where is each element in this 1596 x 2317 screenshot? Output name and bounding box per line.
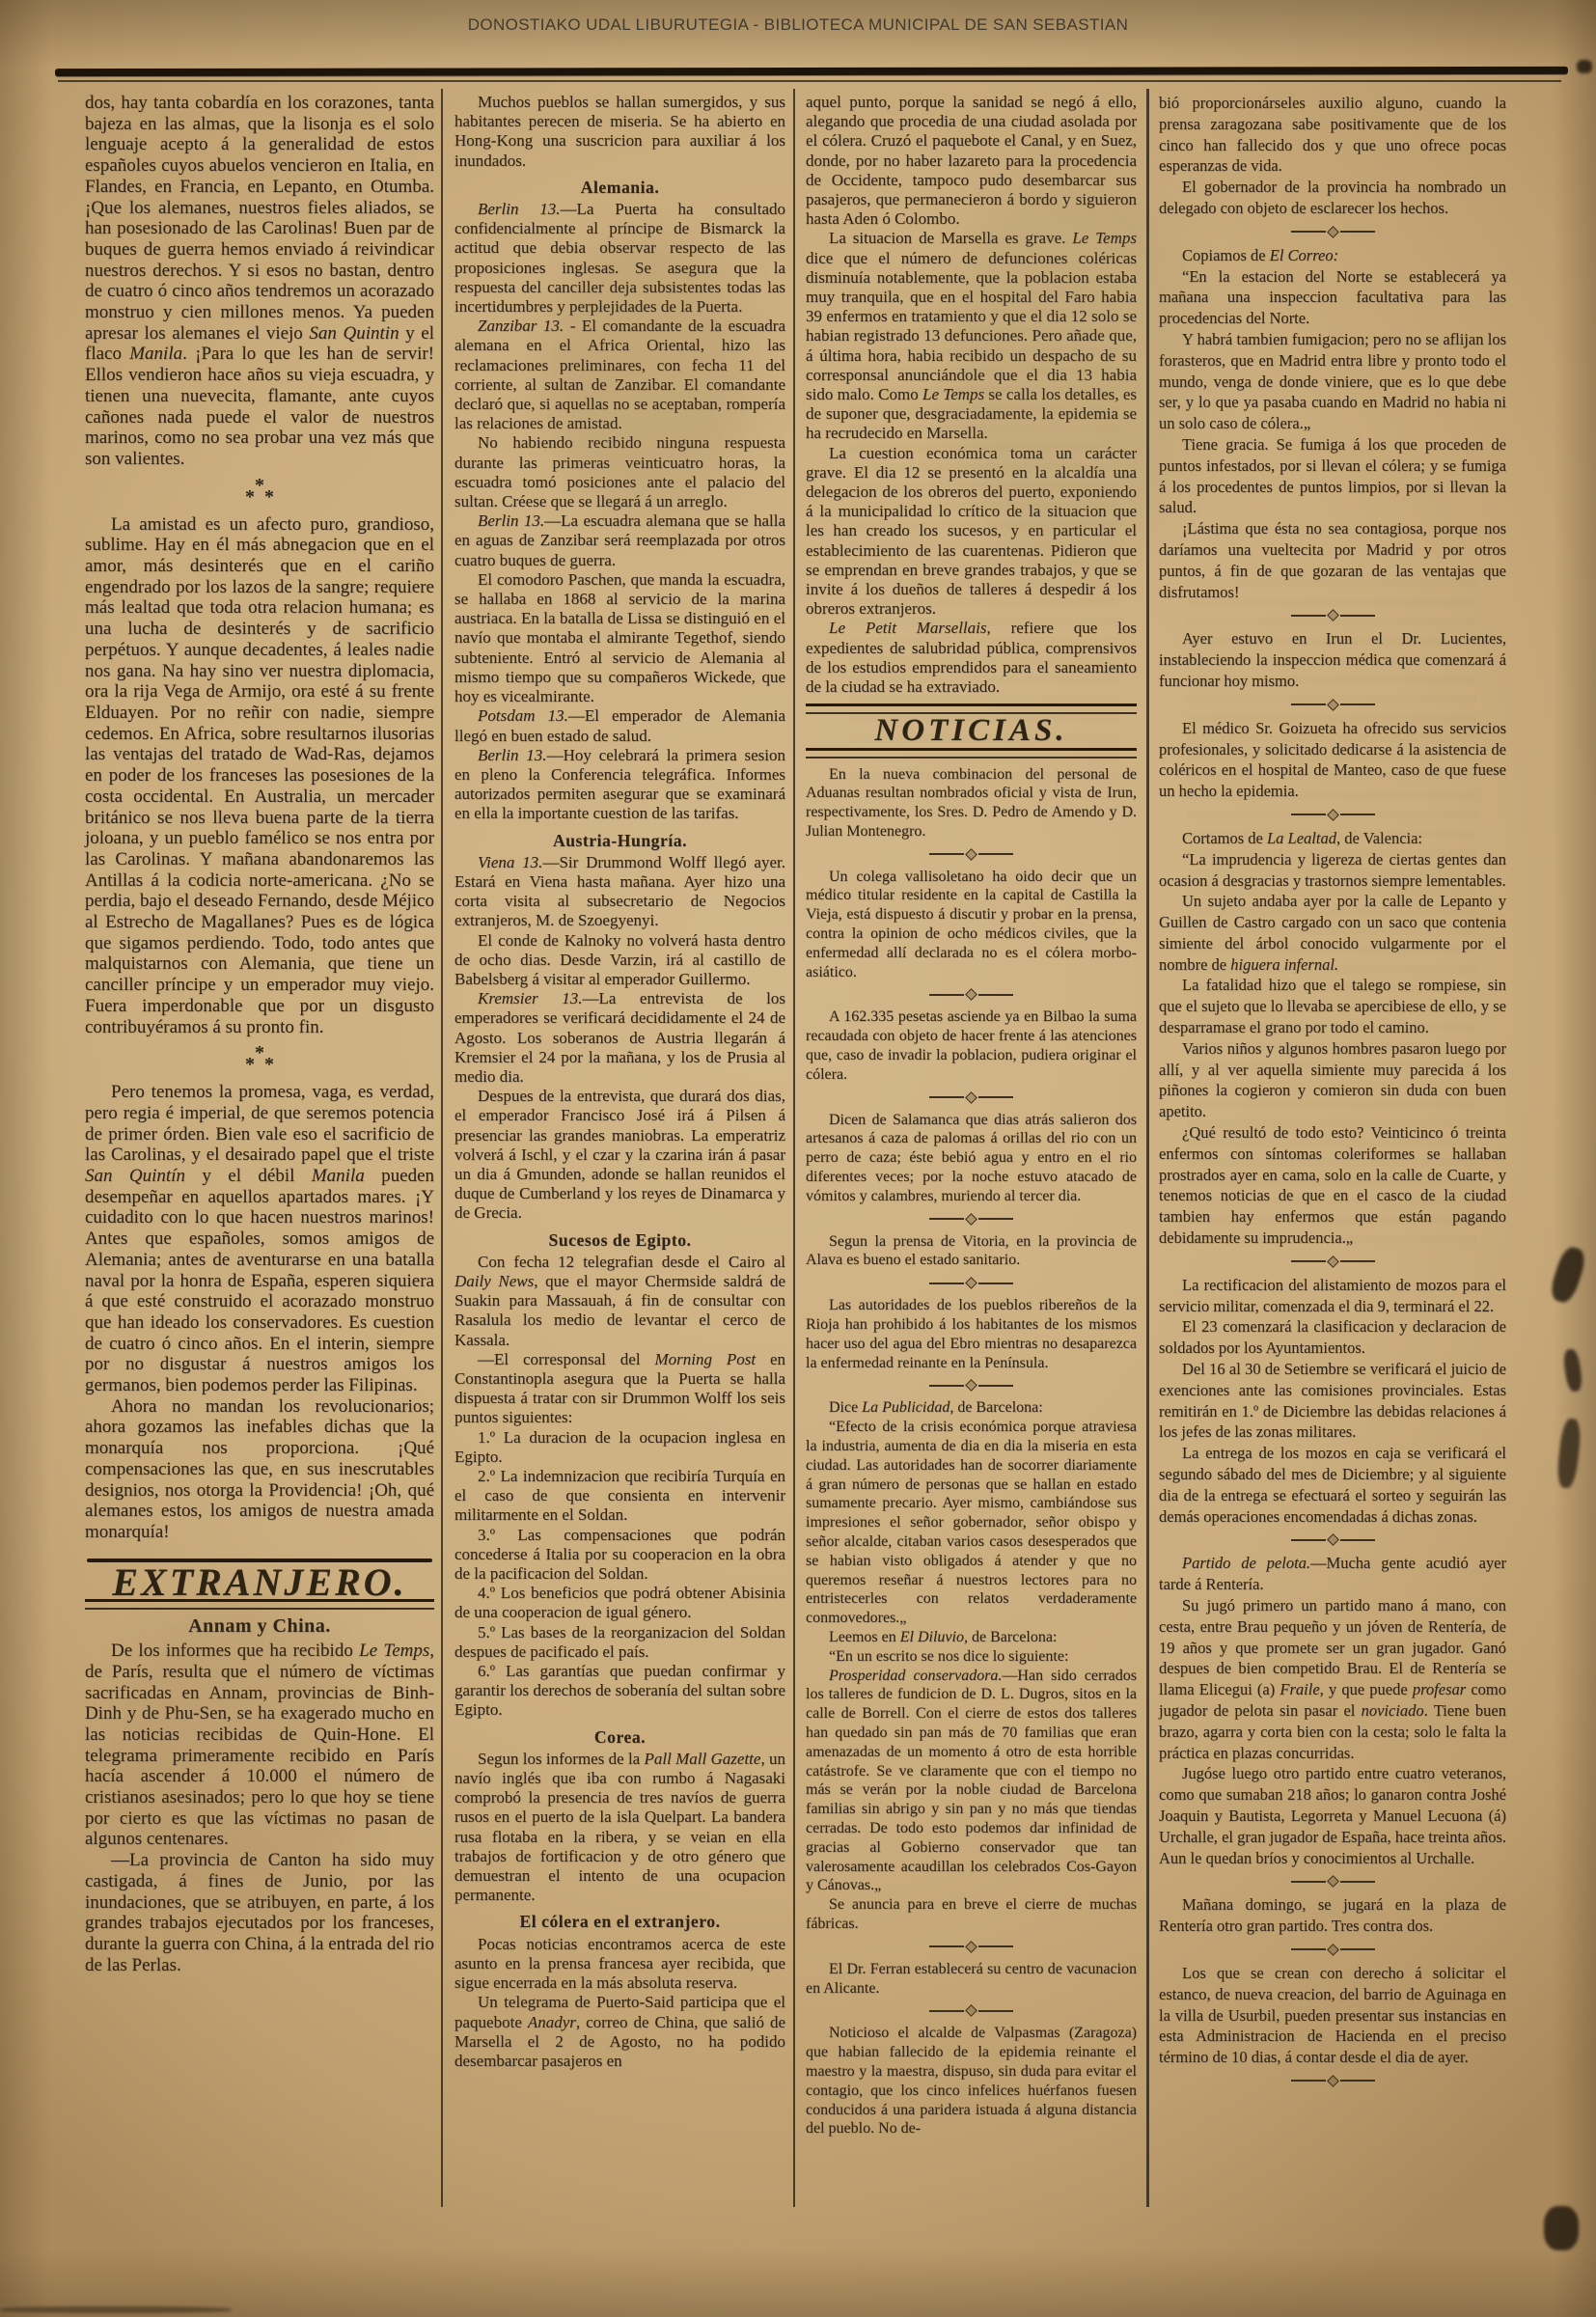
body-text: De los informes que ha recibido	[111, 1641, 359, 1661]
body-text: ¡Lástima que ésta no sea contagiosa, por…	[1159, 519, 1506, 600]
ornament-line	[1291, 703, 1326, 705]
paragraph: Cortamos de La Lealtad, de Valencia:	[1159, 828, 1506, 849]
ornament-diamond	[965, 1941, 977, 1953]
ornament-diamond	[1327, 609, 1339, 621]
ornament-divider-icon	[806, 850, 1137, 859]
ornament-line	[1291, 1539, 1326, 1541]
body-text: bió proporcionárseles auxilio alguno, cu…	[1159, 94, 1506, 175]
body-text: Dice	[829, 1399, 862, 1416]
italic-text: Viena 13.	[478, 853, 542, 871]
ornament-divider-icon	[1159, 701, 1506, 709]
paragraph: Del 16 al 30 de Setiembre se verificará …	[1159, 1359, 1506, 1443]
ornament-diamond	[965, 1091, 977, 1104]
italic-text: San Quintin	[309, 323, 399, 344]
paragraph: Berlin 13.—La Puerta ha consultado confi…	[454, 200, 785, 317]
body-text: Las autoridades de los pueblos ribereños…	[806, 1297, 1137, 1370]
paragraph: Segun la prensa de Vitoria, en la provin…	[806, 1232, 1137, 1271]
newspaper-page: DONOSTIAKO UDAL LIBURUTEGIA - BIBLIOTECA…	[0, 0, 1596, 2317]
ornament-line	[929, 1283, 964, 1284]
paragraph: El conde de Kalnoky no volverá hasta den…	[454, 931, 785, 990]
paragraph: aquel punto, porque la sanidad se negó á…	[806, 93, 1137, 229]
paragraph: Berlin 13.—La escuadra alemana que se ha…	[454, 511, 785, 570]
ornament-line	[1340, 1948, 1375, 1950]
body-text: Con fecha 12 telegrafian desde el Cairo …	[478, 1253, 785, 1271]
paragraph: Zanzibar 13. - El comandante de la escua…	[454, 317, 785, 433]
ornament-line	[978, 1945, 1013, 1947]
paragraph: No habiendo recibido ninguna respuesta d…	[454, 433, 785, 511]
ornament-line	[929, 994, 964, 996]
asterism-icon: ** *	[85, 480, 434, 503]
italic-text: Le Temps	[1072, 229, 1137, 247]
body-text: Y habrá tambien fumigacion; pero no se a…	[1159, 330, 1506, 432]
ornament-line	[978, 994, 1013, 996]
italic-text: Kremsier 13.	[478, 989, 582, 1007]
ornament-line	[929, 853, 964, 855]
ornament-line	[978, 1096, 1013, 1098]
paragraph: Tiene gracia. Se fumiga á los que proced…	[1159, 434, 1506, 518]
ornament-line	[978, 1218, 1013, 1220]
body-text: “La imprudencia y ligereza de ciertas ge…	[1159, 850, 1506, 890]
paragraph: Copiamos de El Correo:	[1159, 245, 1506, 266]
ornament-line	[1291, 814, 1326, 815]
italic-text: Le Petit Marsellais	[829, 619, 987, 637]
ornament-diamond	[1327, 226, 1339, 238]
body-text: Jugóse luego otro partido entre cuatro v…	[1159, 1764, 1506, 1866]
paragraph: La entrega de los mozos en caja se verif…	[1159, 1443, 1506, 1527]
ornament-divider-icon	[1159, 2077, 1506, 2085]
ornament-divider-icon	[1159, 1945, 1506, 1954]
italic-text: higuera infernal.	[1230, 955, 1338, 974]
paragraph: Noticioso el alcalde de Valpasmas (Zarag…	[806, 2024, 1137, 2138]
paragraph: —El corresponsal del Morning Post en Con…	[454, 1350, 785, 1428]
paragraph: Los que se crean con derecho á solicitar…	[1159, 1963, 1506, 2068]
italic-text: San Quintín	[85, 1166, 185, 1186]
body-text: —El corresponsal del	[478, 1350, 654, 1368]
paragraph: Varios niños y algunos hombres pasaron l…	[1159, 1038, 1506, 1122]
ornament-line	[1340, 703, 1375, 705]
paragraph: En la nueva combinacion del personal de …	[806, 765, 1137, 841]
body-text: La rectificacion del alistamiento de moz…	[1159, 1276, 1506, 1315]
body-text: Noticioso el alcalde de Valpasmas (Zarag…	[806, 2025, 1137, 2137]
ornament-line	[978, 1385, 1013, 1387]
body-text: Ayer estuvo en Irun el Dr. Lucientes, in…	[1159, 629, 1506, 690]
body-text: Muchos pueblos se hallan sumergidos, y s…	[454, 93, 785, 170]
ornament-line	[929, 1945, 964, 1947]
paragraph: Berlin 13.—Hoy celebrará la primera sesi…	[454, 746, 785, 824]
paragraph: bió proporcionárseles auxilio alguno, cu…	[1159, 93, 1506, 177]
ornament-diamond	[965, 2004, 977, 2017]
paragraph: ¡Lástima que ésta no sea contagiosa, por…	[1159, 518, 1506, 602]
paragraph: Y habrá tambien fumigacion; pero no se a…	[1159, 329, 1506, 434]
ornament-line	[1340, 1539, 1375, 1541]
ornament-line	[1340, 1881, 1375, 1883]
paragraph: Su jugó primero un partido mano á mano, …	[1159, 1595, 1506, 1763]
italic-text: Le Temps	[922, 385, 984, 403]
ornament-line	[1291, 1260, 1326, 1262]
ornament-line	[1340, 1260, 1375, 1262]
paragraph: Un colega vallisoletano ha oido decir qu…	[806, 868, 1137, 982]
body-text: Segun los informes de la	[478, 1750, 645, 1768]
paragraph: 1.º La duracion de la ocupacion inglesa …	[454, 1428, 785, 1467]
asterism-row: * *	[85, 491, 434, 503]
italic-text: La Lealtad	[1267, 829, 1336, 847]
ornament-diamond	[965, 989, 977, 1002]
scan-artifact	[0, 2306, 232, 2313]
paragraph: Leemos en El Diluvio, de Barcelona:	[806, 1628, 1137, 1647]
italic-text: Berlin 13.	[478, 746, 547, 764]
paragraph: Dice La Publicidad, de Barcelona:	[806, 1398, 1137, 1418]
italic-text: Zanzibar 13.	[478, 317, 564, 335]
ornament-line	[978, 1283, 1013, 1284]
ornament-line	[978, 853, 1013, 855]
paragraph: Dicen de Salamanca que dias atrás salier…	[806, 1111, 1137, 1206]
paragraph: Pero tenemos la promesa, vaga, es verdad…	[85, 1082, 434, 1396]
ornament-diamond	[1327, 1255, 1339, 1268]
ornament-divider-icon	[1159, 1535, 1506, 1544]
ornament-diamond	[1327, 809, 1339, 821]
paragraph: —La provincia de Canton ha sido muy cast…	[85, 1850, 434, 1975]
column-3: aquel punto, porque la sanidad se negó á…	[806, 93, 1137, 2138]
italic-text: Potsdam 13.	[478, 706, 568, 725]
ornament-line	[929, 2010, 964, 2012]
body-text: “En la estacion del Norte se establecerá…	[1159, 267, 1506, 328]
paragraph: El comodoro Paschen, que manda la escuad…	[454, 570, 785, 706]
ornament-diamond	[1327, 699, 1339, 711]
italic-text: Le Temps	[359, 1641, 429, 1661]
paragraph: Un telegrama de Puerto-Said participa qu…	[454, 1993, 785, 2071]
ornament-divider-icon	[806, 1279, 1137, 1287]
body-text: El conde de Kalnoky no volverá hasta den…	[454, 931, 785, 988]
body-text: 2.º La indemnizacion que recibiría Turqu…	[454, 1467, 785, 1524]
body-text: dice que el número de defunciones coléri…	[806, 249, 1137, 403]
body-text: Del 16 al 30 de Setiembre se verificará …	[1159, 1360, 1506, 1441]
body-text: Ahora no mandan los revolucionarios; aho…	[85, 1396, 434, 1542]
body-text: Los que se crean con derecho á solicitar…	[1159, 1964, 1506, 2066]
italic-text: Prosperidad conservadora.	[829, 1668, 1002, 1684]
paragraph: Jugóse luego otro partido entre cuatro v…	[1159, 1763, 1506, 1868]
subsection-heading: Corea.	[454, 1727, 785, 1747]
paragraph: 4.º Los beneficios que podrá obtener Abi…	[454, 1584, 785, 1622]
paragraph: 5.º Las bases de la reorganizacion del S…	[454, 1623, 785, 1662]
ornament-line	[929, 1385, 964, 1387]
ornament-line	[1291, 231, 1326, 233]
paragraph: Pocas noticias encontramos acerca de est…	[454, 1935, 785, 1994]
body-text: El médico Sr. Goizueta ha ofrecido sus s…	[1159, 719, 1506, 800]
body-text: El comodoro Paschen, que manda la escuad…	[454, 570, 785, 705]
paragraph: A 162.335 pesetas asciende ya en Bilbao …	[806, 1007, 1137, 1084]
italic-text: Pall Mall Gazette	[645, 1750, 761, 1768]
library-stamp: DONOSTIAKO UDAL LIBURUTEGIA - BIBLIOTECA…	[0, 15, 1596, 35]
paragraph: Le Petit Marsellais, refiere que los exp…	[806, 619, 1137, 697]
paragraph: La rectificacion del alistamiento de moz…	[1159, 1275, 1506, 1317]
scan-artifact	[1555, 1418, 1582, 1489]
italic-text: Partido de pelota.	[1182, 1554, 1310, 1572]
paragraph: De los informes que ha recibido Le Temps…	[85, 1641, 434, 1850]
body-text: , y que puede	[1320, 1680, 1413, 1698]
body-text: 4.º Los beneficios que podrá obtener Abi…	[454, 1584, 785, 1621]
body-text: 5.º Las bases de la reorganizacion del S…	[454, 1623, 785, 1661]
asterism-row: * *	[85, 1059, 434, 1070]
italic-text: Berlin 13.	[478, 511, 544, 530]
ornament-line	[1340, 2080, 1375, 2082]
body-text: , de Barcelona:	[949, 1399, 1042, 1416]
scan-artifact	[1577, 60, 1592, 73]
ornament-divider-icon	[1159, 811, 1506, 819]
body-text: Pocas noticias encontramos acerca de est…	[454, 1935, 785, 1992]
column-4: bió proporcionárseles auxilio alguno, cu…	[1159, 93, 1506, 2094]
body-text: En la nueva combinacion del personal de …	[806, 766, 1137, 840]
body-text: y el débil	[185, 1166, 312, 1186]
ornament-divider-icon	[1159, 1877, 1506, 1886]
body-text: La cuestion económica toma un carácter g…	[806, 444, 1137, 619]
ornament-divider-icon	[806, 1943, 1137, 1951]
body-text: La situacion de Marsella es grave.	[829, 229, 1072, 247]
body-text: La entrega de los mozos en caja se verif…	[1159, 1444, 1506, 1525]
body-text: Varios niños y algunos hombres pasaron l…	[1159, 1039, 1506, 1120]
column-2: Muchos pueblos se hallan sumergidos, y s…	[454, 93, 785, 2071]
body-text: , de París, resulta que el número de víc…	[85, 1641, 434, 1849]
subsection-heading: Alemania.	[454, 178, 785, 197]
column-divider	[793, 89, 795, 2207]
paragraph: El gobernador de la provincia ha nombrad…	[1159, 177, 1506, 219]
column-1: dos, hay tanta cobardía en los corazones…	[85, 93, 434, 1975]
paragraph: Un sujeto andaba ayer por la calle de Le…	[1159, 891, 1506, 975]
paragraph: Kremsier 13.—La entrevista de los empera…	[454, 989, 785, 1087]
ornament-line	[1291, 1948, 1326, 1950]
ornament-line	[1291, 1881, 1326, 1883]
double-rule-divider	[806, 748, 1137, 759]
body-text: A 162.335 pesetas asciende ya en Bilbao …	[806, 1008, 1137, 1082]
body-text: , un navío inglés que iba con rumbo á Na…	[454, 1750, 785, 1904]
body-text: Leemos en	[829, 1629, 900, 1645]
ornament-divider-icon	[1159, 228, 1506, 236]
top-rule-thin	[58, 80, 1561, 82]
subsection-heading: Sucesos de Egipto.	[454, 1230, 785, 1250]
ornament-diamond	[1327, 1944, 1339, 1956]
paragraph: 3.º Las compensaciones que podrán conced…	[454, 1526, 785, 1585]
paragraph: Viena 13.—Sir Drummond Wolff llegó ayer.…	[454, 853, 785, 931]
scan-artifact	[1544, 2206, 1579, 2250]
body-text: 3.º Las compensaciones que podrán conced…	[454, 1526, 785, 1583]
body-text: Copiamos de	[1182, 246, 1270, 264]
ornament-divider-icon	[806, 990, 1137, 999]
paragraph: “Efecto de la crisis económica porque at…	[806, 1418, 1137, 1628]
italic-text: Anadyr	[528, 2013, 576, 2031]
ornament-diamond	[1327, 1875, 1339, 1888]
body-text: La amistad es un afecto puro, grandioso,…	[85, 514, 434, 1037]
ornament-divider-icon	[1159, 611, 1506, 620]
section-heading: EXTRANJERO.	[85, 1572, 434, 1593]
paragraph: Despues de la entrevista, que durará dos…	[454, 1087, 785, 1223]
ornament-line	[978, 2010, 1013, 2012]
body-text: —Han sido cerrados los talleres de fundi…	[806, 1668, 1137, 1894]
body-text: El 23 comenzará la clasificacion y decla…	[1159, 1317, 1506, 1357]
body-text: 1.º La duracion de la ocupacion inglesa …	[454, 1428, 785, 1466]
body-text: Mañana domingo, se jugará en la plaza de…	[1159, 1895, 1506, 1935]
subsection-heading: Austria-Hungría.	[454, 831, 785, 850]
body-text: ¿Qué resultó de todo esto? Veinticinco ó…	[1159, 1123, 1506, 1247]
italic-text: La Publicidad	[862, 1399, 949, 1416]
paragraph: La amistad es un afecto puro, grandioso,…	[85, 514, 434, 1038]
body-text: La fatalidad hizo que el talego se rompi…	[1159, 976, 1506, 1036]
paragraph: La cuestion económica toma un carácter g…	[806, 444, 1137, 620]
ornament-divider-icon	[806, 1215, 1137, 1224]
ornament-diamond	[1327, 2075, 1339, 2087]
paragraph: “En un escrito se nos dice lo siguiente:	[806, 1647, 1137, 1667]
subsection-heading: Annam y China.	[85, 1616, 434, 1638]
paragraph: La situacion de Marsella es grave. Le Te…	[806, 229, 1137, 443]
paragraph: 6.º Las garantías que puedan confirmar y…	[454, 1662, 785, 1721]
paragraph: “En la estacion del Norte se establecerá…	[1159, 266, 1506, 329]
scan-artifact	[1562, 1348, 1583, 1393]
ornament-line	[929, 1218, 964, 1220]
body-text: aquel punto, porque la sanidad se negó á…	[806, 93, 1137, 228]
body-text: Tiene gracia. Se fumiga á los que proced…	[1159, 435, 1506, 516]
body-text: El gobernador de la provincia ha nombrad…	[1159, 178, 1506, 217]
ornament-line	[1340, 231, 1375, 233]
paragraph: El médico Sr. Goizueta ha ofrecido sus s…	[1159, 718, 1506, 802]
body-text: “En un escrito se nos dice lo siguiente:	[829, 1648, 1068, 1665]
ornament-diamond	[965, 1213, 977, 1226]
ornament-divider-icon	[806, 1381, 1137, 1390]
ornament-line	[1291, 615, 1326, 617]
subsection-heading: El cólera en el extranjero.	[454, 1912, 785, 1931]
paragraph: Muchos pueblos se hallan sumergidos, y s…	[454, 93, 785, 171]
ornament-line	[1340, 814, 1375, 815]
body-text: Un colega vallisoletano ha oido decir qu…	[806, 869, 1137, 980]
italic-text: noviciado	[1362, 1701, 1424, 1720]
body-text: No habiendo recibido ninguna respuesta d…	[454, 433, 785, 510]
ornament-line	[1340, 615, 1375, 617]
paragraph: Se anuncia para en breve el cierre de mu…	[806, 1895, 1137, 1934]
ornament-diamond	[1327, 1534, 1339, 1547]
paragraph: Segun los informes de la Pall Mall Gazet…	[454, 1750, 785, 1906]
paragraph: Partido de pelota.—Mucha gente acudió ay…	[1159, 1553, 1506, 1595]
column-divider	[441, 89, 443, 2207]
italic-text: profesar	[1413, 1680, 1466, 1698]
ornament-diamond	[965, 1380, 977, 1393]
paragraph: Potsdam 13.—El emperador de Alemania lle…	[454, 706, 785, 745]
ornament-line	[929, 1096, 964, 1098]
paragraph: Prosperidad conservadora.—Han sido cerra…	[806, 1667, 1137, 1896]
body-text: Cortamos de	[1182, 829, 1267, 847]
italic-text: Manila	[129, 344, 182, 364]
body-text: Dicen de Salamanca que dias atrás salier…	[806, 1112, 1137, 1204]
body-text: Segun la prensa de Vitoria, en la provin…	[806, 1233, 1137, 1269]
paragraph: dos, hay tanta cobardía en los corazones…	[85, 93, 434, 470]
ornament-diamond	[965, 848, 977, 861]
section-heading: NOTICIAS.	[806, 721, 1137, 740]
body-text: , de Valencia:	[1336, 829, 1422, 847]
italic-text: Morning Post	[654, 1350, 756, 1368]
body-text: Se anuncia para en breve el cierre de mu…	[806, 1896, 1137, 1932]
paragraph: La fatalidad hizo que el talego se rompi…	[1159, 975, 1506, 1037]
italic-text: El Diluvio	[900, 1629, 964, 1645]
paragraph: “La imprudencia y ligereza de ciertas ge…	[1159, 849, 1506, 892]
ornament-diamond	[965, 1277, 977, 1289]
italic-text: El Correo:	[1270, 246, 1338, 264]
asterism-icon: ** *	[85, 1047, 434, 1070]
body-text: pueden desempeñar en aquellos apartados …	[85, 1166, 434, 1395]
paragraph: El Dr. Ferran establecerá su centro de v…	[806, 1960, 1137, 1999]
body-text: Pero tenemos la promesa, vaga, es verdad…	[85, 1082, 434, 1165]
paragraph: ¿Qué resultó de todo esto? Veinticinco ó…	[1159, 1122, 1506, 1249]
ornament-divider-icon	[806, 2006, 1137, 2015]
body-text: El Dr. Ferran establecerá su centro de v…	[806, 1961, 1137, 1997]
ornament-line	[1291, 2080, 1326, 2082]
ornament-divider-icon	[1159, 1257, 1506, 1266]
scan-artifact	[1548, 1244, 1589, 1305]
paragraph: 2.º La indemnizacion que recibiría Turqu…	[454, 1467, 785, 1526]
paragraph: Mañana domingo, se jugará en la plaza de…	[1159, 1894, 1506, 1937]
column-divider	[1146, 89, 1149, 2207]
paragraph: El 23 comenzará la clasificacion y decla…	[1159, 1316, 1506, 1359]
body-text: —La provincia de Canton ha sido muy cast…	[85, 1850, 434, 1975]
ornament-divider-icon	[806, 1093, 1137, 1102]
paragraph: Con fecha 12 telegrafian desde el Cairo …	[454, 1253, 785, 1350]
body-text: dos, hay tanta cobardía en los corazones…	[85, 93, 434, 344]
body-text: 6.º Las garantías que puedan confirmar y…	[454, 1662, 785, 1719]
top-rule	[55, 67, 1568, 76]
italic-text: Berlin 13.	[478, 200, 561, 218]
body-text: “Efecto de la crisis económica porque at…	[806, 1419, 1137, 1626]
italic-text: Manila	[312, 1166, 365, 1186]
paragraph: Ayer estuvo en Irun el Dr. Lucientes, in…	[1159, 628, 1506, 691]
body-text: , de Barcelona:	[964, 1629, 1057, 1645]
paragraph: Las autoridades de los pueblos ribereños…	[806, 1296, 1137, 1372]
body-text: Despues de la entrevista, que durará dos…	[454, 1087, 785, 1222]
italic-text: Daily News	[454, 1272, 534, 1290]
paragraph: Ahora no mandan los revolucionarios; aho…	[85, 1396, 434, 1543]
italic-text: Fraile	[1280, 1680, 1319, 1698]
